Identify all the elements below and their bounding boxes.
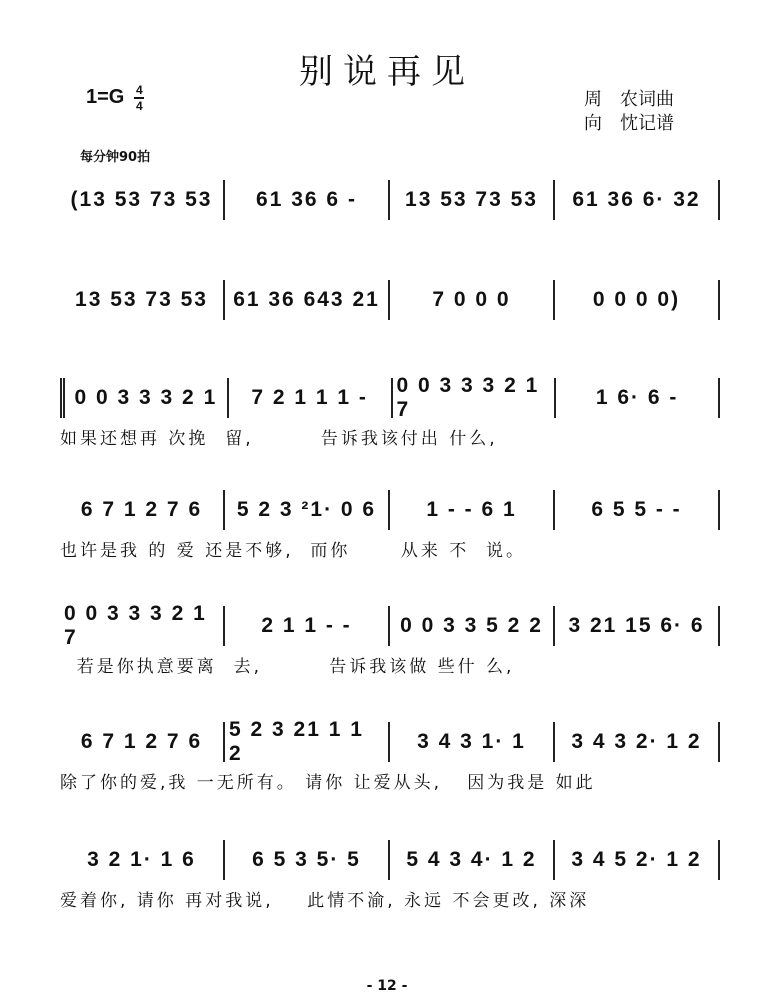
- measure: 13 53 73 53: [390, 180, 555, 220]
- measure: 0 0 3 3 3 2 1 7: [60, 606, 225, 646]
- staff-system-5: 0 0 3 3 3 2 1 7 2 1 1 - - 0 0 3 3 5 2 2 …: [60, 606, 720, 666]
- measure: 3 4 3 1· 1: [390, 722, 555, 762]
- measure: 1 6· 6 -: [556, 378, 720, 418]
- measure: 5 4 3 4· 1 2: [390, 840, 555, 880]
- measure: 3 21 15 6· 6: [555, 606, 720, 646]
- key-signature: 1=G 4 4: [86, 84, 144, 112]
- measure: 1 - - 6 1: [390, 490, 555, 530]
- staff-system-7: 3 2 1· 1 6 6 5 3 5· 5 5 4 3 4· 1 2 3 4 5…: [60, 840, 720, 900]
- lyrics-line: 如果还想再 次挽 留, 告诉我该付出 什么,: [60, 424, 720, 449]
- time-signature-top: 4: [136, 84, 143, 96]
- measure: 3 4 5 2· 1 2: [555, 840, 720, 880]
- measure: 6 7 1 2 7 6: [60, 722, 225, 762]
- measure: 6 5 3 5· 5: [225, 840, 390, 880]
- measure: 2 1 1 - -: [225, 606, 390, 646]
- lyrics-line: 爱着你, 请你 再对我说, 此情不渝, 永远 不会更改, 深深: [60, 886, 720, 911]
- measure: 7 2 1 1 1 -: [229, 378, 393, 418]
- measure: 5 2 3 ²1· 0 6: [225, 490, 390, 530]
- measure: 0 0 3 3 3 2 1: [60, 378, 229, 418]
- lyrics-line: 若是你执意要离 去, 告诉我该做 些什 么,: [60, 652, 720, 677]
- measure: 3 2 1· 1 6: [60, 840, 225, 880]
- measure: 6 7 1 2 7 6: [60, 490, 225, 530]
- staff-system-4: 6 7 1 2 7 6 5 2 3 ²1· 0 6 1 - - 6 1 6 5 …: [60, 490, 720, 550]
- staff-system-6: 6 7 1 2 7 6 5 2 3 21 1 1 2 3 4 3 1· 1 3 …: [60, 722, 720, 782]
- measure: 0 0 3 3 5 2 2: [390, 606, 555, 646]
- composer-credit: 周 农词曲: [584, 88, 674, 112]
- staff-system-1: (13 53 73 53 61 36 6 - 13 53 73 53 61 36…: [60, 180, 720, 240]
- tempo-marking: 每分钟90拍: [80, 146, 150, 165]
- measure: 61 36 6· 32: [555, 180, 720, 220]
- measure: 61 36 6 -: [225, 180, 390, 220]
- key-label: 1=G: [86, 86, 124, 109]
- measure: 0 0 3 3 3 2 1 7: [393, 378, 557, 418]
- measure: 13 53 73 53: [60, 280, 225, 320]
- measure: 0 0 0 0): [555, 280, 720, 320]
- lyrics-line: 除了你的爱,我 一无所有。 请你 让爱从头, 因为我是 如此: [60, 768, 720, 793]
- measure: 5 2 3 21 1 1 2: [225, 722, 390, 762]
- time-signature: 4 4: [134, 84, 144, 112]
- measure: 6 5 5 - -: [555, 490, 720, 530]
- staff-system-3: 0 0 3 3 3 2 1 7 2 1 1 1 - 0 0 3 3 3 2 1 …: [60, 378, 720, 438]
- lyrics-line: 也许是我 的 爱 还是不够, 而你 从来 不 说。: [60, 536, 720, 561]
- credits: 周 农词曲 向 忱记谱: [584, 88, 674, 136]
- measure: (13 53 73 53: [60, 180, 225, 220]
- staff-system-2: 13 53 73 53 61 36 643 21 7 0 0 0 0 0 0 0…: [60, 280, 720, 340]
- page-number: - 12 -: [0, 978, 774, 994]
- measure: 3 4 3 2· 1 2: [555, 722, 720, 762]
- transcriber-credit: 向 忱记谱: [584, 112, 674, 136]
- time-signature-bottom: 4: [136, 100, 143, 112]
- measure: 61 36 643 21: [225, 280, 390, 320]
- measure: 7 0 0 0: [390, 280, 555, 320]
